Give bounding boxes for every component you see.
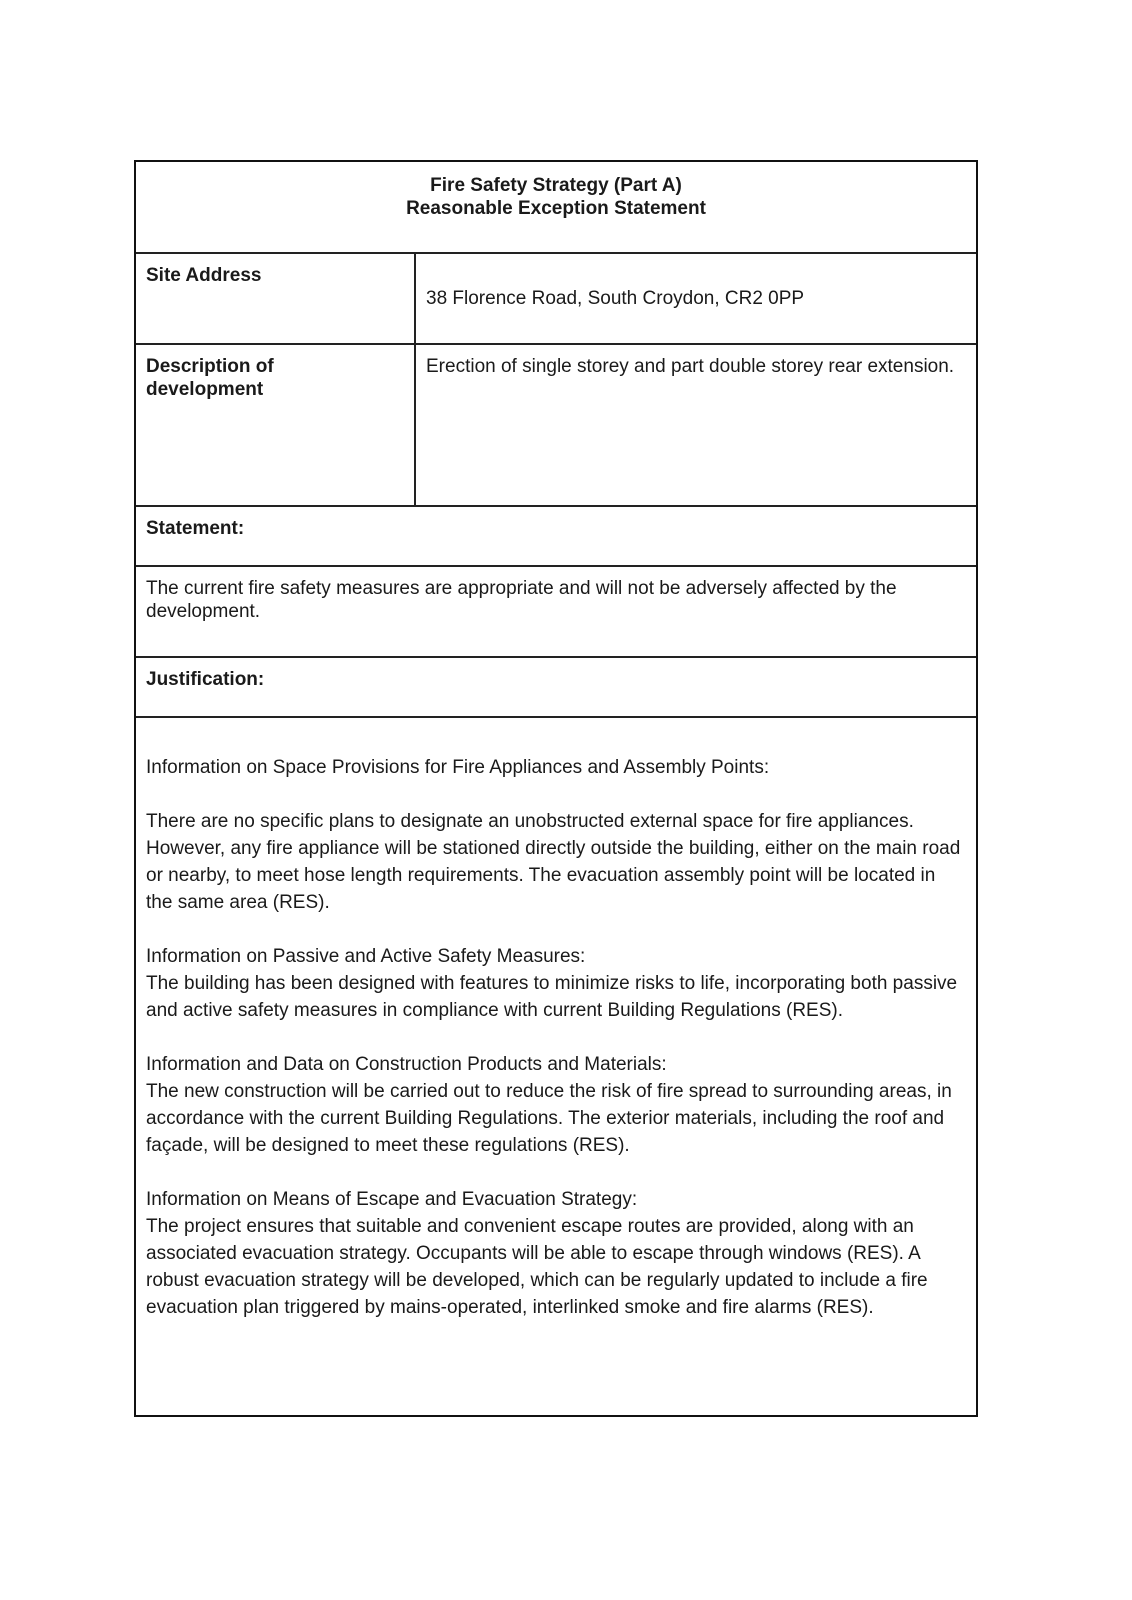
description-row: Description of development Erection of s… (136, 345, 976, 507)
justification-section-space-provisions: Information on Space Provisions for Fire… (146, 754, 966, 916)
site-address-label: Site Address (136, 254, 416, 343)
justification-section-means-of-escape: Information on Means of Escape and Evacu… (146, 1186, 966, 1321)
reasonable-exception-statement-table: Fire Safety Strategy (Part A) Reasonable… (134, 160, 978, 1417)
section-heading: Information and Data on Construction Pro… (146, 1051, 966, 1078)
section-text: The new construction will be carried out… (146, 1078, 966, 1159)
justification-body: Information on Space Provisions for Fire… (136, 718, 976, 1415)
description-value: Erection of single storey and part doubl… (416, 345, 976, 505)
description-label-line1: Description of (146, 355, 404, 378)
justification-label: Justification: (136, 658, 976, 718)
description-label: Description of development (136, 345, 416, 505)
description-label-line2: development (146, 378, 404, 401)
section-heading: Information on Passive and Active Safety… (146, 943, 966, 970)
section-text: There are no specific plans to designate… (146, 808, 966, 916)
section-text: The building has been designed with feat… (146, 970, 966, 1024)
title-row: Fire Safety Strategy (Part A) Reasonable… (136, 162, 976, 254)
statement-text: The current fire safety measures are app… (136, 567, 976, 658)
section-heading: Information on Means of Escape and Evacu… (146, 1186, 966, 1213)
section-heading: Information on Space Provisions for Fire… (146, 754, 966, 781)
section-text: The project ensures that suitable and co… (146, 1213, 966, 1321)
site-address-row: Site Address 38 Florence Road, South Cro… (136, 254, 976, 345)
justification-section-safety-measures: Information on Passive and Active Safety… (146, 943, 966, 1024)
statement-label: Statement: (136, 507, 976, 567)
document-title: Fire Safety Strategy (Part A) (136, 174, 976, 197)
site-address-value: 38 Florence Road, South Croydon, CR2 0PP (416, 254, 976, 343)
justification-section-construction-materials: Information and Data on Construction Pro… (146, 1051, 966, 1159)
document-subtitle: Reasonable Exception Statement (136, 197, 976, 220)
